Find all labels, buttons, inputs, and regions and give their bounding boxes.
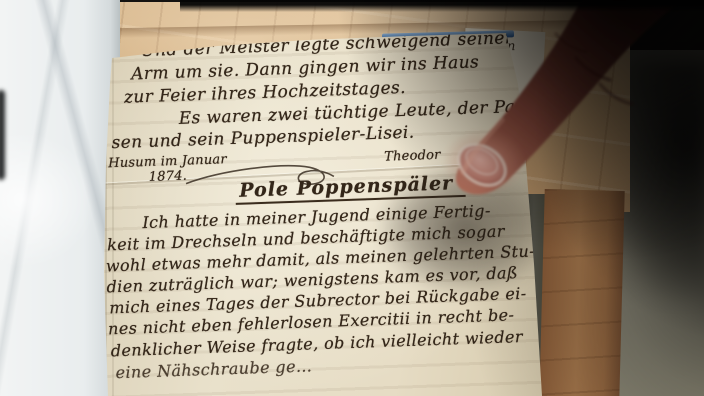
top-edge-shadow [180, 0, 704, 12]
knuckle-crease [600, 84, 632, 104]
photo: seinen Haus 136 s. Seite … Und der Meist… [0, 0, 704, 396]
pointing-finger [0, 0, 704, 396]
